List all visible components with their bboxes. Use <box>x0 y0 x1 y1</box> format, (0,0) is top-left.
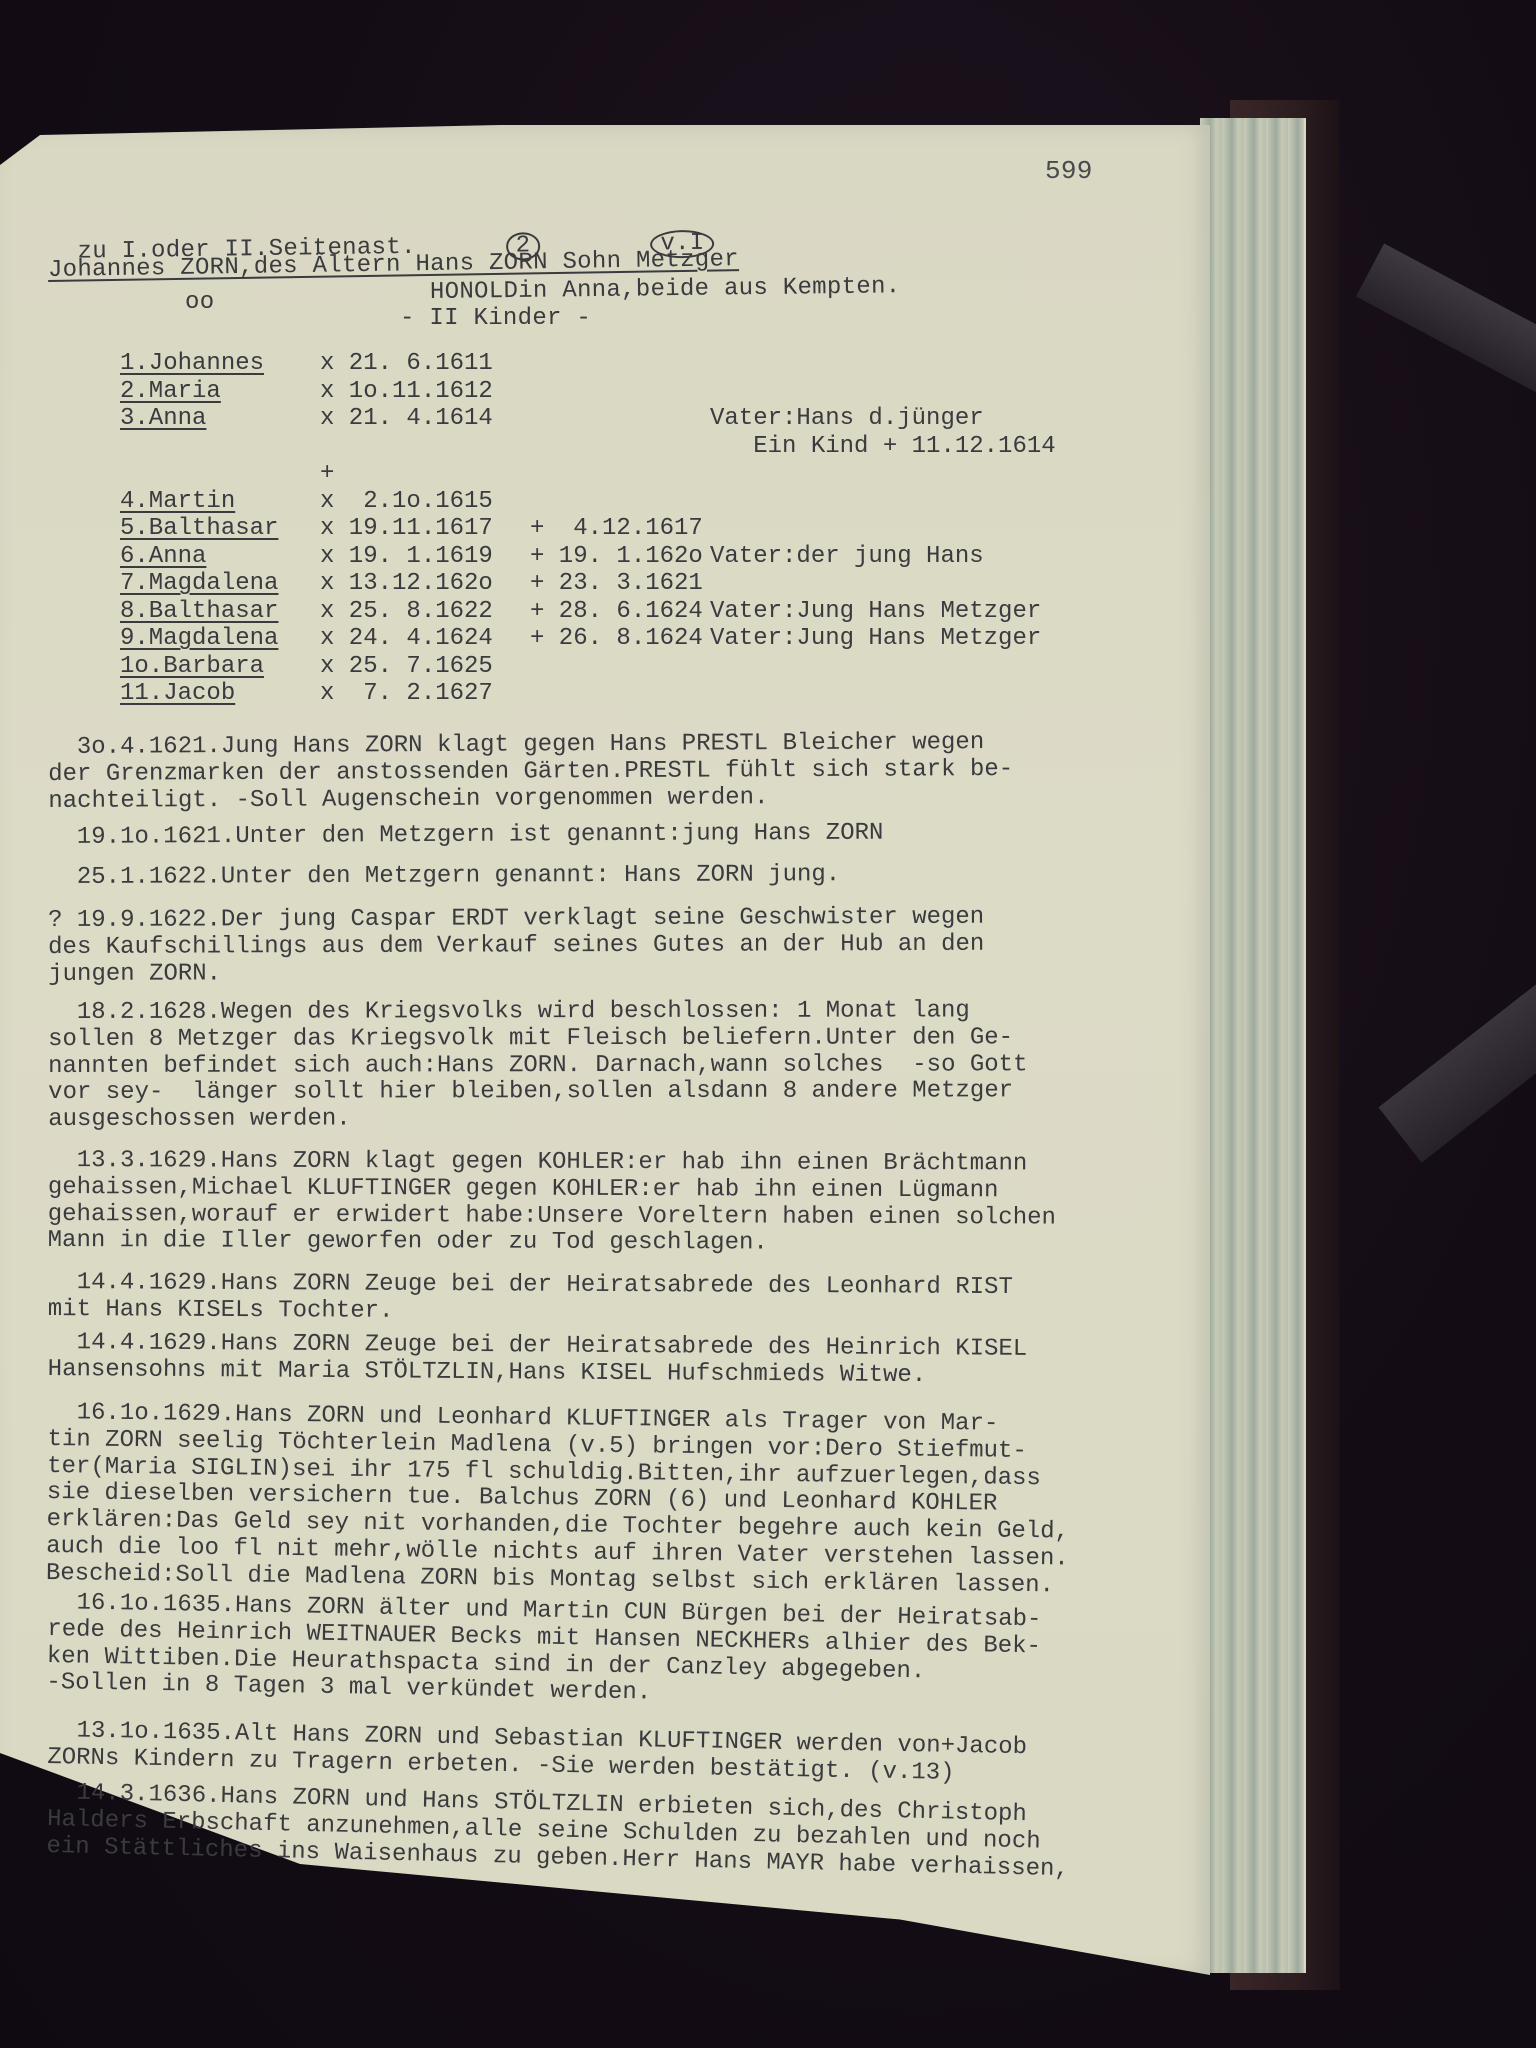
child-note: Vater:Hans d.jünger <box>710 405 984 433</box>
children-table: 1.Johannesx 21. 6.16112.Mariax 1o.11.161… <box>120 350 1056 708</box>
child-baptism: x 1o.11.1612 <box>320 378 530 406</box>
child-death <box>530 350 710 378</box>
child-name: 7.Magdalena <box>120 570 320 598</box>
child-name <box>120 433 320 461</box>
child-death <box>530 378 710 406</box>
entry-line: nachteiligt. -Soll Augenschein vorgenomm… <box>48 784 1013 816</box>
child-death: + 4.12.1617 <box>530 515 710 543</box>
child-row: 7.Magdalenax 13.12.162o+ 23. 3.1621 <box>120 570 1056 598</box>
entry-line: der Grenzmarken der anstossenden Gärten.… <box>48 757 1013 789</box>
entry-line: 18.2.1628.Wegen des Kriegsvolks wird bes… <box>48 998 1027 1027</box>
child-row: 6.Annax 19. 1.1619+ 19. 1.162oVater:der … <box>120 543 1056 571</box>
child-death: + 26. 8.1624 <box>530 625 710 653</box>
child-baptism: x 13.12.162o <box>320 570 530 598</box>
child-note: Vater:Jung Hans Metzger <box>710 625 1041 653</box>
child-name <box>120 460 320 488</box>
child-row: 3.Annax 21. 4.1614Vater:Hans d.jünger <box>120 405 1056 433</box>
bookmark-ribbon <box>1356 244 1536 400</box>
child-baptism: x 19.11.1617 <box>320 515 530 543</box>
child-row: Ein Kind + 11.12.1614 <box>120 433 1056 461</box>
child-row: 1.Johannesx 21. 6.1611 <box>120 350 1056 378</box>
child-baptism: x 7. 2.1627 <box>320 680 530 708</box>
child-name: 8.Balthasar <box>120 598 320 626</box>
child-note: Ein Kind + 11.12.1614 <box>710 433 1056 461</box>
chronicle-entry: 25.1.1622.Unter den Metzgern genannt: Ha… <box>48 862 840 892</box>
chronicle-entry: ? 19.9.1622.Der jung Caspar ERDT verklag… <box>48 905 984 989</box>
bookmark-ribbon-lower <box>1378 972 1536 1163</box>
entry-line: 25.1.1622.Unter den Metzgern genannt: Ha… <box>48 862 840 892</box>
child-name: 11.Jacob <box>120 680 320 708</box>
chronicle-entry: 3o.4.1621.Jung Hans ZORN klagt gegen Han… <box>48 730 1013 815</box>
entry-line: Mann in die Iller geworfen oder zu Tod g… <box>48 1228 1056 1258</box>
child-name: 6.Anna <box>120 543 320 571</box>
child-row: 11.Jacobx 7. 2.1627 <box>120 680 1056 708</box>
child-note: Vater:Jung Hans Metzger <box>710 598 1041 626</box>
child-baptism: x 21. 4.1614 <box>320 405 530 433</box>
child-baptism: x 19. 1.1619 <box>320 543 530 571</box>
chronicle-entry: 14.4.1629.Hans ZORN Zeuge bei der Heirat… <box>48 1270 1013 1329</box>
child-row: 1o.Barbarax 25. 7.1625 <box>120 653 1056 681</box>
child-death <box>530 680 710 708</box>
child-row: 8.Balthasarx 25. 8.1622+ 28. 6.1624Vater… <box>120 598 1056 626</box>
child-baptism: x 25. 8.1622 <box>320 598 530 626</box>
child-row: 5.Balthasarx 19.11.1617+ 4.12.1617 <box>120 515 1056 543</box>
chronicle-entry: 16.1o.1635.Hans ZORN älter und Martin CU… <box>46 1590 1041 1715</box>
entry-line: ausgeschossen werden. <box>48 1105 1027 1134</box>
child-baptism: x 21. 6.1611 <box>320 350 530 378</box>
chronicle-entry: 18.2.1628.Wegen des Kriegsvolks wird bes… <box>48 998 1028 1134</box>
page-edges <box>1200 118 1306 1973</box>
child-death: + 23. 3.1621 <box>530 570 710 598</box>
child-death <box>530 460 710 488</box>
child-name: 1.Johannes <box>120 350 320 378</box>
marriage-symbol: oo <box>185 290 214 317</box>
child-death: + 28. 6.1624 <box>530 598 710 626</box>
child-row: 2.Mariax 1o.11.1612 <box>120 378 1056 406</box>
entry-line: nannten befindet sich auch:Hans ZORN. Da… <box>48 1052 1027 1081</box>
child-death <box>530 653 710 681</box>
chronicle-entry: 19.1o.1621.Unter den Metzgern ist genann… <box>48 821 883 852</box>
child-death <box>530 433 710 461</box>
entry-line: des Kaufschillings aus dem Verkauf seine… <box>48 932 984 962</box>
entry-line: sollen 8 Metzger das Kriegsvolk mit Flei… <box>48 1025 1027 1054</box>
child-baptism: x 2.1o.1615 <box>320 488 530 516</box>
entry-line: jungen ZORN. <box>48 958 984 988</box>
entry-line: vor sey- länger sollt hier bleiben,solle… <box>48 1079 1027 1108</box>
child-name: 9.Magdalena <box>120 625 320 653</box>
chronicle-entry: 13.3.1629.Hans ZORN klagt gegen KOHLER:e… <box>48 1148 1057 1259</box>
child-death: + 19. 1.162o <box>530 543 710 571</box>
child-baptism <box>320 433 530 461</box>
child-note: Vater:der jung Hans <box>710 543 984 571</box>
child-row: 4.Martinx 2.1o.1615 <box>120 488 1056 516</box>
child-name: 5.Balthasar <box>120 515 320 543</box>
child-row: 9.Magdalenax 24. 4.1624+ 26. 8.1624Vater… <box>120 625 1056 653</box>
child-name: 3.Anna <box>120 405 320 433</box>
chronicle-entry: 14.4.1629.Hans ZORN Zeuge bei der Heirat… <box>48 1330 1028 1390</box>
child-death <box>530 488 710 516</box>
child-name: 4.Martin <box>120 488 320 516</box>
child-row: + <box>120 460 1056 488</box>
child-name: 1o.Barbara <box>120 653 320 681</box>
children-heading: - II Kinder - <box>400 306 591 333</box>
child-baptism: + <box>320 460 530 488</box>
child-baptism: x 24. 4.1624 <box>320 625 530 653</box>
chronicle-entry: 16.1o.1629.Hans ZORN und Leonhard KLUFTI… <box>46 1400 1071 1600</box>
entry-line: mit Hans KISELs Tochter. <box>48 1297 1013 1329</box>
child-death <box>530 405 710 433</box>
page-number: 599 <box>1045 158 1093 185</box>
child-name: 2.Maria <box>120 378 320 406</box>
entry-line: 19.1o.1621.Unter den Metzgern ist genann… <box>48 821 883 852</box>
child-baptism: x 25. 7.1625 <box>320 653 530 681</box>
